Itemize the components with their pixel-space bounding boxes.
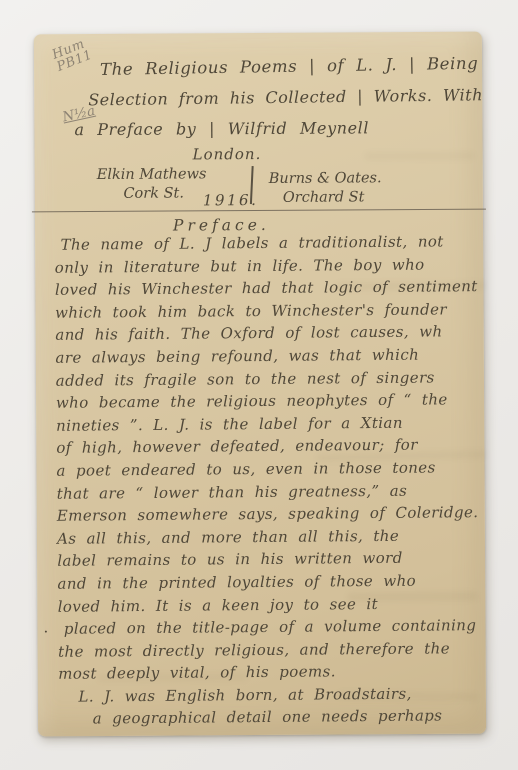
manuscript-line: the most directly religious, and therefo…	[58, 637, 472, 663]
publisher-right: Burns & Oates. Orchard St	[269, 169, 382, 208]
manuscript-page: Hum PB11 N½a The Religious Poems | of L.…	[34, 32, 486, 737]
publisher-left-name: Elkin Mathews	[97, 165, 207, 185]
manuscript-line: Emerson somewhere says, speaking of Cole…	[57, 501, 471, 527]
horizontal-rule	[32, 209, 486, 213]
margin-mark: .	[43, 618, 48, 636]
imprint-year: 1916.	[203, 191, 259, 209]
manuscript-line: a poet endeared to us, even in those ton…	[56, 456, 470, 482]
manuscript-line: are always being refound, was that which	[55, 343, 469, 369]
title-line-3: a Preface by | Wilfrid Meynell	[74, 118, 369, 139]
pencil-shelfmark: Hum PB11	[51, 36, 95, 74]
manuscript-line: loved his Winchester had that logic of s…	[55, 275, 469, 301]
title-line-1: The Religious Poems | of L. J. | Being	[100, 54, 479, 79]
publisher-left: Elkin Mathews Cork St.	[97, 165, 207, 204]
publisher-right-name: Burns & Oates.	[269, 169, 382, 189]
publisher-left-address: Cork St.	[101, 184, 207, 204]
bleed-through-smudge	[365, 152, 475, 161]
manuscript-line: a geographical detail one needs perhaps	[93, 705, 473, 731]
manuscript-line: and in the printed loyalties of those wh…	[57, 569, 471, 595]
manuscript-line: The name of L. J labels a traditionalist…	[60, 230, 468, 256]
manuscript-line: who became the religious neophytes of “ …	[56, 388, 470, 414]
title-line-2: Selection from his Collected | Works. Wi…	[88, 85, 483, 109]
imprint-place: London.	[193, 145, 262, 163]
publisher-right-address: Orchard St	[283, 188, 382, 208]
manuscript-line: placed on the title-page of a volume con…	[64, 614, 472, 640]
body-lines: The name of L. J labels a traditionalist…	[54, 230, 472, 731]
